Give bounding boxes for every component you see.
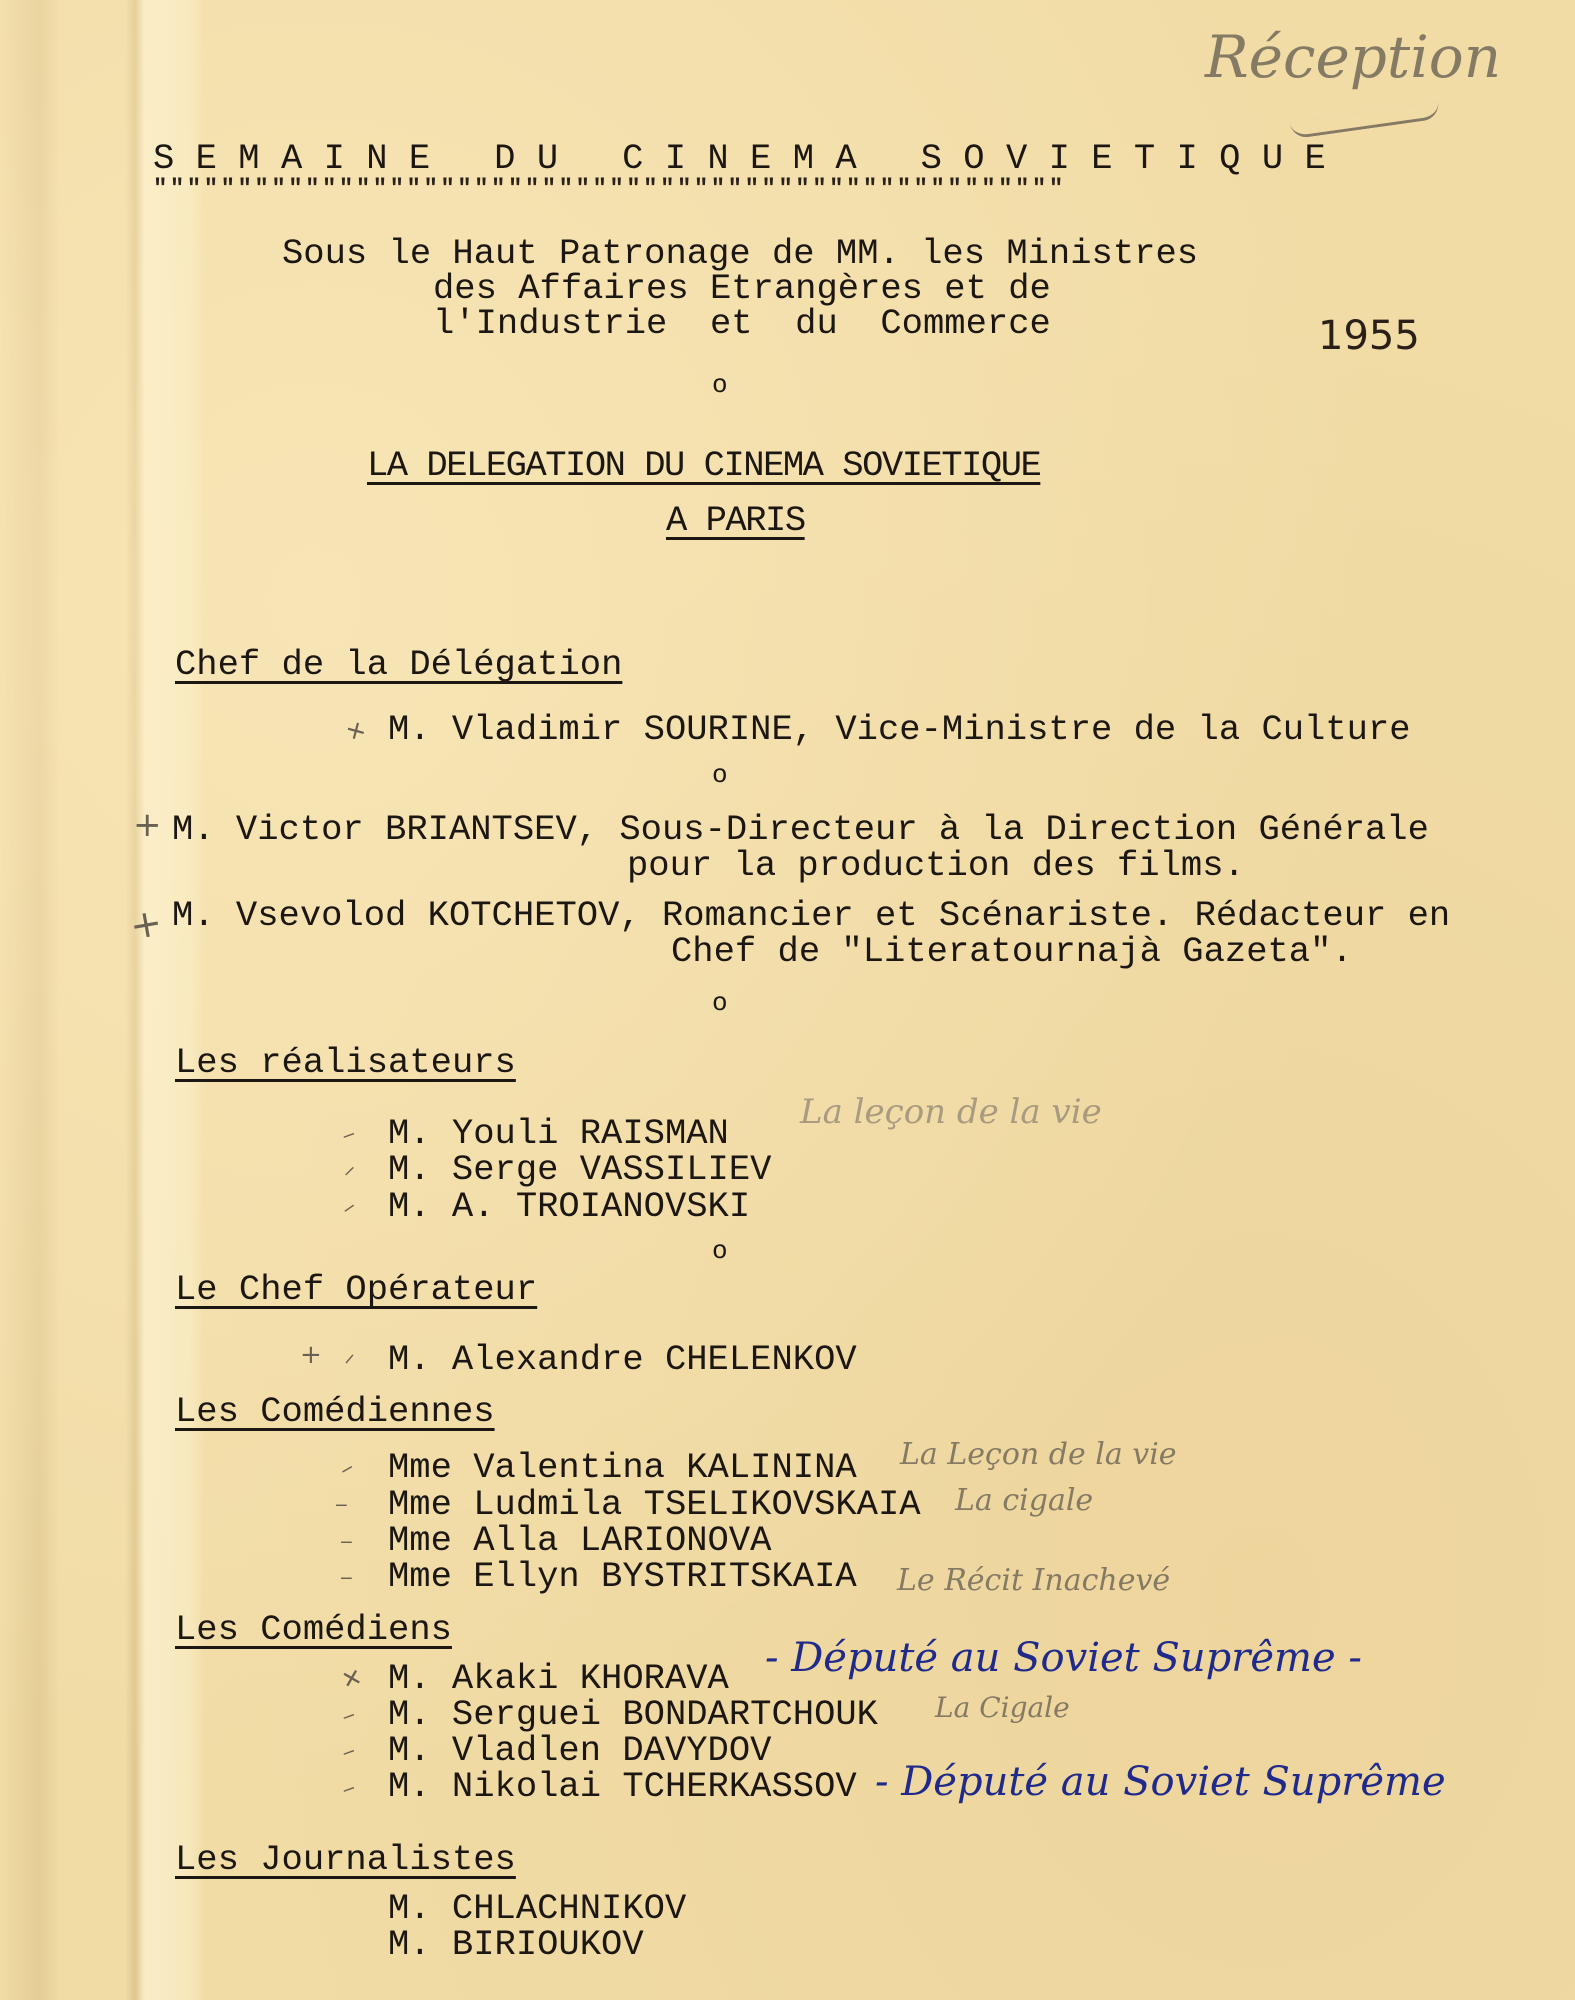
member-vassiliev: M. Serge VASSILIEV (388, 1152, 771, 1188)
member-kotchetov: M. Vsevolod KOTCHETOV, Romancier et Scén… (172, 898, 1450, 934)
handwritten-deputy-note: - Député au Soviet Suprême - (765, 1638, 1362, 1678)
margin-tick-mark: ‒ (339, 1122, 358, 1145)
member-chlachnikov: M. CHLACHNIKOV (388, 1891, 686, 1927)
margin-cross-mark: + (300, 1342, 322, 1368)
member-troianovski: M. A. TROIANOVSKI (388, 1189, 750, 1225)
member-tcherkassov: M. Nikolai TCHERKASSOV (388, 1769, 857, 1805)
handwritten-film-note: La cigale (955, 1486, 1093, 1516)
member-sourine: M. Vladimir SOURINE, Vice-Ministre de la… (388, 712, 1411, 748)
section-heading-comediens: Les Comédiens (175, 1612, 452, 1648)
margin-tick-mark: ‒ (339, 1776, 358, 1799)
divider-circle: o (712, 1238, 728, 1264)
margin-tick-mark: ‒ (337, 1347, 361, 1370)
section-heading-chef: Chef de la Délégation (175, 647, 622, 683)
member-raisman: M. Youli RAISMAN (388, 1116, 729, 1152)
handwritten-film-note: La leçon de la vie (800, 1095, 1102, 1129)
margin-cross-mark: + (127, 903, 165, 946)
document-title: S E M A I N E D U C I N E M A S O V I E … (153, 141, 1326, 177)
handwritten-film-note: La Leçon de la vie (900, 1440, 1177, 1470)
handwritten-deputy-note: - Député au Soviet Suprême (875, 1762, 1446, 1802)
handwritten-reception-note: Réception (1205, 28, 1501, 86)
section-heading-realisateurs: Les réalisateurs (175, 1045, 516, 1081)
member-khorava: M. Akaki KHORAVA (388, 1661, 729, 1697)
section-heading-journalistes: Les Journalistes (175, 1842, 516, 1878)
patronage-line-2: des Affaires Etrangères et de (433, 271, 1051, 307)
margin-tick-mark: ‒ (339, 1703, 358, 1726)
title-separator-line: """"""""""""""""""""""""""""""""""""""""… (153, 176, 1066, 203)
member-davydov: M. Vladlen DAVYDOV (388, 1733, 771, 1769)
member-bondartchouk: M. Serguei BONDARTCHOUK (388, 1697, 878, 1733)
reception-underline-stroke (1290, 102, 1441, 140)
divider-circle: o (712, 990, 728, 1016)
divider-circle: o (712, 762, 728, 788)
main-heading: LA DELEGATION DU CINEMA SOVIETIQUE (367, 448, 1040, 484)
divider-circle: o (712, 372, 728, 398)
member-birioukov: M. BIRIOUKOV (388, 1927, 644, 1963)
member-briantsev-cont: pour la production des films. (627, 848, 1245, 884)
margin-tick-mark: ‒ (337, 1195, 359, 1219)
margin-tick-mark: ‒ (340, 1531, 353, 1551)
member-kotchetov-cont: Chef de "Literatournajà Gazeta". (671, 934, 1353, 970)
margin-cross-mark: + (335, 1660, 369, 1696)
margin-tick-mark: ‒ (337, 1158, 360, 1181)
handwritten-film-note: Le Récit Inachevé (897, 1566, 1170, 1596)
member-kalinina: Mme Valentina KALININA (388, 1450, 857, 1486)
member-larionova: Mme Alla LARIONOVA (388, 1523, 771, 1559)
handwritten-year: 1955 (1318, 316, 1420, 356)
member-bystritskaia: Mme Ellyn BYSTRITSKAIA (388, 1559, 857, 1595)
section-heading-operateur: Le Chef Opérateur (175, 1272, 537, 1308)
margin-tick-mark: ‒ (339, 1739, 358, 1762)
member-chelenkov: M. Alexandre CHELENKOV (388, 1342, 857, 1378)
margin-cross-mark: + (133, 808, 162, 842)
margin-tick-mark: ‒ (336, 1456, 357, 1480)
main-heading-paris: A PARIS (666, 503, 805, 539)
margin-tick-mark: ‒ (340, 1567, 353, 1587)
patronage-line-3: l'Industrie et du Commerce (433, 306, 1051, 342)
handwritten-film-note: La Cigale (935, 1694, 1070, 1722)
section-heading-comediennes: Les Comédiennes (175, 1394, 495, 1430)
margin-tick-mark: ‒ (335, 1494, 348, 1514)
patronage-line-1: Sous le Haut Patronage de MM. les Minist… (282, 236, 1198, 272)
member-briantsev: M. Victor BRIANTSEV, Sous-Directeur à la… (172, 812, 1429, 848)
member-tselikovskaia: Mme Ludmila TSELIKOVSKAIA (388, 1487, 921, 1523)
margin-cross-mark: + (342, 716, 370, 747)
